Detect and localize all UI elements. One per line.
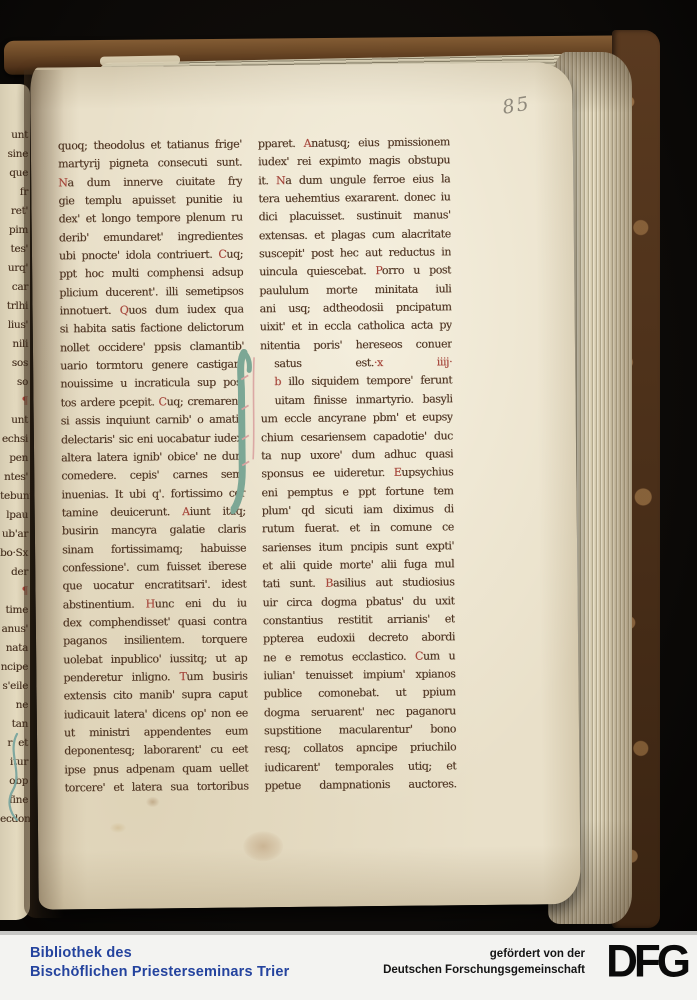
margin-fragment: ret'	[0, 202, 28, 221]
margin-fragment: ne tan	[0, 696, 28, 734]
manuscript-line: nitentia poris' hereseos conuer	[260, 335, 452, 355]
footer-banner: Bibliothek des Bischöflichen Priestersem…	[0, 931, 697, 1000]
manuscript-line: tera uehemtius exararent. donec iu	[258, 188, 450, 208]
margin-fragment: lius'	[0, 316, 28, 335]
manuscript-line: ubi pnocte' idola contriuert. Cuq;	[59, 246, 243, 266]
manuscript-line: satus est.·x iiij·	[260, 353, 452, 373]
manuscript-line: ne e remotus ecclastico. Cum u	[263, 647, 455, 667]
manuscript-line: b illo siquidem tempore' ferunt	[260, 372, 452, 392]
manuscript-line: tos ardere pcepit. Cuq; cremarent'	[60, 392, 244, 412]
library-line2: Bischöflichen Priesterseminars Trier	[30, 963, 289, 982]
margin-fragment: ¶	[0, 582, 28, 601]
margin-fragment: urq'	[0, 259, 28, 278]
manuscript-line: inuenias. It ubi q'. fortissimo cer	[61, 484, 245, 504]
margin-fragment: unt	[0, 126, 28, 145]
margin-fragment: sos so	[0, 354, 28, 392]
margin-fragment: lpau	[0, 506, 28, 525]
manuscript-line: ut ministri appendentes eum	[64, 722, 248, 742]
funding-line2: Deutschen Forschungsgemeinschaft	[383, 962, 585, 978]
margin-fragment: pim	[0, 221, 28, 240]
margin-fragment: sine	[0, 145, 28, 164]
library-name: Bibliothek des Bischöflichen Priestersem…	[30, 944, 289, 982]
manuscript-line: uitam finisse inmartyrio. basyli	[260, 390, 452, 410]
manuscript-line: sponsus ee uideretur. Eupsychius	[261, 463, 453, 483]
library-line1: Bibliothek des	[30, 944, 289, 963]
manuscript-line: publice comonebat. ut ppium	[264, 684, 456, 704]
manuscript-line: altera latera ignib' obice' ne dum	[61, 447, 245, 467]
manuscript-line: dici placuisset. sustinuit manus'	[259, 207, 451, 227]
manuscript-line: um eccle ancyrane pbm' et eupsy	[261, 408, 453, 428]
manuscript-line: si assis inquiunt carnib' o amatie	[61, 411, 245, 431]
manuscript-line: uincula quiescebat. Porro u post	[259, 262, 451, 282]
manuscript-line: iudicauit latera' dicens op' non ee	[64, 704, 248, 724]
pen-flourish	[2, 732, 26, 824]
manuscript-line: dex comphendisset' quasi contra	[63, 612, 247, 632]
margin-fragment: ub'ar	[0, 525, 28, 544]
margin-fragment: que	[0, 164, 28, 183]
manuscript-line: uir circa dogma pbatus' du uxit	[263, 592, 455, 612]
manuscript-line: suscepit' post hec aut reductus in	[259, 243, 451, 263]
margin-fragment: nili	[0, 335, 28, 354]
manuscript-line: gie templu apuisset punitie iu	[58, 190, 242, 210]
dfg-logo: DFG	[606, 936, 687, 988]
margin-fragment: ncipe	[0, 658, 28, 677]
spine-repair-patch	[100, 55, 180, 65]
margin-fragment: fr	[0, 183, 28, 202]
manuscript-line: penderetur inligno. Tum busiris	[63, 667, 247, 687]
manuscript-line: que uocatur encratitsari'. idest	[62, 576, 246, 596]
manuscript-line: busirin mancyra galatie claris	[62, 521, 246, 541]
margin-fragment: echsi	[0, 430, 28, 449]
margin-fragment: bo·Sx	[0, 544, 28, 563]
manuscript-line: dogma seruarent' nec paganoru	[264, 702, 456, 722]
text-column-left: quoq; theodolus et tatianus frige'martyr…	[58, 135, 249, 797]
manuscript-line: iudicarent' temporales utiq; et	[264, 757, 456, 777]
manuscript-line: rutum fuerat. et in comune ce	[262, 518, 454, 538]
manuscript-line: delectaris' sic eni uocabatur iudex'	[61, 429, 245, 449]
manuscript-line: ppt hoc multi comphensi adsup	[59, 264, 243, 284]
manuscript-line: deponentesq; laborarent' cu eet	[64, 741, 248, 761]
manuscript-page: 85 quoq; theodolus et tatianus frige'mar…	[30, 62, 581, 910]
manuscript-line: paganos insilientem. torquere	[63, 631, 247, 651]
manuscript-line: uixit' et in eccla catholica acta py	[260, 317, 452, 337]
manuscript-line: extensis cito manib' supra caput	[64, 686, 248, 706]
manuscript-line: innotuert. Quos dum iudex qua	[59, 301, 243, 321]
manuscript-line: ppterea eudoxii decreto abordi	[263, 629, 455, 649]
manuscript-line: si habita satis factione delictorum	[60, 319, 244, 339]
funding-credit: gefördert von der Deutschen Forschungsge…	[383, 946, 585, 978]
manuscript-line: nouissime u incraticula sup posi	[60, 374, 244, 394]
margin-fragment: trlhi	[0, 297, 28, 316]
manuscript-line: paululum morte minitata iuli	[259, 280, 451, 300]
manuscript-line: et alii quide morte' alii fuga mul	[262, 555, 454, 575]
manuscript-line: torcere' et latera sua tortoribus	[64, 777, 248, 797]
facing-page-edge: untsinequefrret'pimtes'urq'cartrlhilius'…	[0, 84, 30, 920]
manuscript-line: iudex' rei expimto magis obstupu	[258, 152, 450, 172]
manuscript-line: derib' emundaret' ingredientes	[59, 227, 243, 247]
digitized-book-photo: untsinequefrret'pimtes'urq'cartrlhilius'…	[0, 0, 697, 931]
parchment-stain	[243, 831, 283, 861]
manuscript-line: ppetue dampnationis auctores.	[264, 775, 456, 795]
facing-page-text-fragments: untsinequefrret'pimtes'urq'cartrlhilius'…	[0, 126, 28, 829]
manuscript-line: nollet occidere' ppsis clamantib'	[60, 337, 244, 357]
manuscript-line: plum' qd sicuti iam diximus di	[262, 500, 454, 520]
manuscript-line: tamine deuicerunt. Aiunt itaq;	[62, 502, 246, 522]
manuscript-line: Na dum innerve ciuitate fry	[58, 172, 242, 192]
margin-fragment: car	[0, 278, 28, 297]
funding-line1: gefördert von der	[383, 946, 585, 962]
manuscript-line: ta nup uxore' dum adhuc quasi	[261, 445, 453, 465]
manuscript-line: comedere. cepis' carnes semi crudas	[61, 466, 245, 486]
manuscript-line: quoq; theodolus et tatianus frige'	[58, 135, 242, 155]
manuscript-line: uolebat inpublico' iussitq; ut ap	[63, 649, 247, 669]
manuscript-line: plicium ducerent'. illi semetipsos	[59, 282, 243, 302]
margin-fragment: time	[0, 601, 28, 620]
manuscript-line: pparet. Anatusq; eius pmissionem	[258, 133, 450, 153]
margin-fragment: tes'	[0, 240, 28, 259]
manuscript-line: sinam fortissimamq; habuisse	[62, 539, 246, 559]
manuscript-line: abstinentium. Hunc eni du iu	[63, 594, 247, 614]
margin-fragment: s'eile	[0, 677, 28, 696]
manuscript-line: tati sunt. Basilius aut studiosius	[262, 574, 454, 594]
manuscript-line: resq; collatos apncipe priuchilo	[264, 739, 456, 759]
manuscript-line: ipse pnus adpenam quam uellet	[64, 759, 248, 779]
manuscript-line: uario tormtoru genere castigari'	[60, 356, 244, 376]
parchment-stain	[110, 823, 126, 833]
manuscript-line: constantius restitit arrianis' et	[263, 610, 455, 630]
margin-fragment: unt	[0, 411, 28, 430]
margin-fragment: ntes'	[0, 468, 28, 487]
manuscript-line: chium cesariensem capadotie' duc	[261, 427, 453, 447]
parchment-stain	[146, 796, 160, 807]
margin-fragment: pen	[0, 449, 28, 468]
decorated-initial	[229, 347, 261, 521]
manuscript-line: it. Na dum ungule ferroe eius la	[258, 170, 450, 190]
manuscript-line: sarienses itum pncipis sunt expti'	[262, 537, 454, 557]
manuscript-line: supstitione macularentur' bono	[264, 720, 456, 740]
manuscript-line: extensas. et plagas cum alacritate	[259, 225, 451, 245]
manuscript-line: eni pemptus e ppt fortune tem	[261, 482, 453, 502]
manuscript-line: dex' et longo tempore plenum ru	[59, 209, 243, 229]
margin-fragment: anus'	[0, 620, 28, 639]
manuscript-line: ani usq; adtheodosii pncipatum	[259, 298, 451, 318]
page-number: 85	[501, 92, 532, 118]
margin-fragment: nata	[0, 639, 28, 658]
margin-fragment: der	[0, 563, 28, 582]
text-column-right: pparet. Anatusq; eius pmissionemiudex' r…	[258, 133, 457, 795]
manuscript-line: confessione'. cum fuisset iberese	[62, 557, 246, 577]
manuscript-line: iulian' tenuisset impium' xpianos	[263, 665, 455, 685]
margin-fragment: tebunt	[0, 487, 28, 506]
manuscript-line: martyrij pigneta consecuti sunt.	[58, 154, 242, 174]
margin-fragment: ¶	[0, 392, 28, 411]
